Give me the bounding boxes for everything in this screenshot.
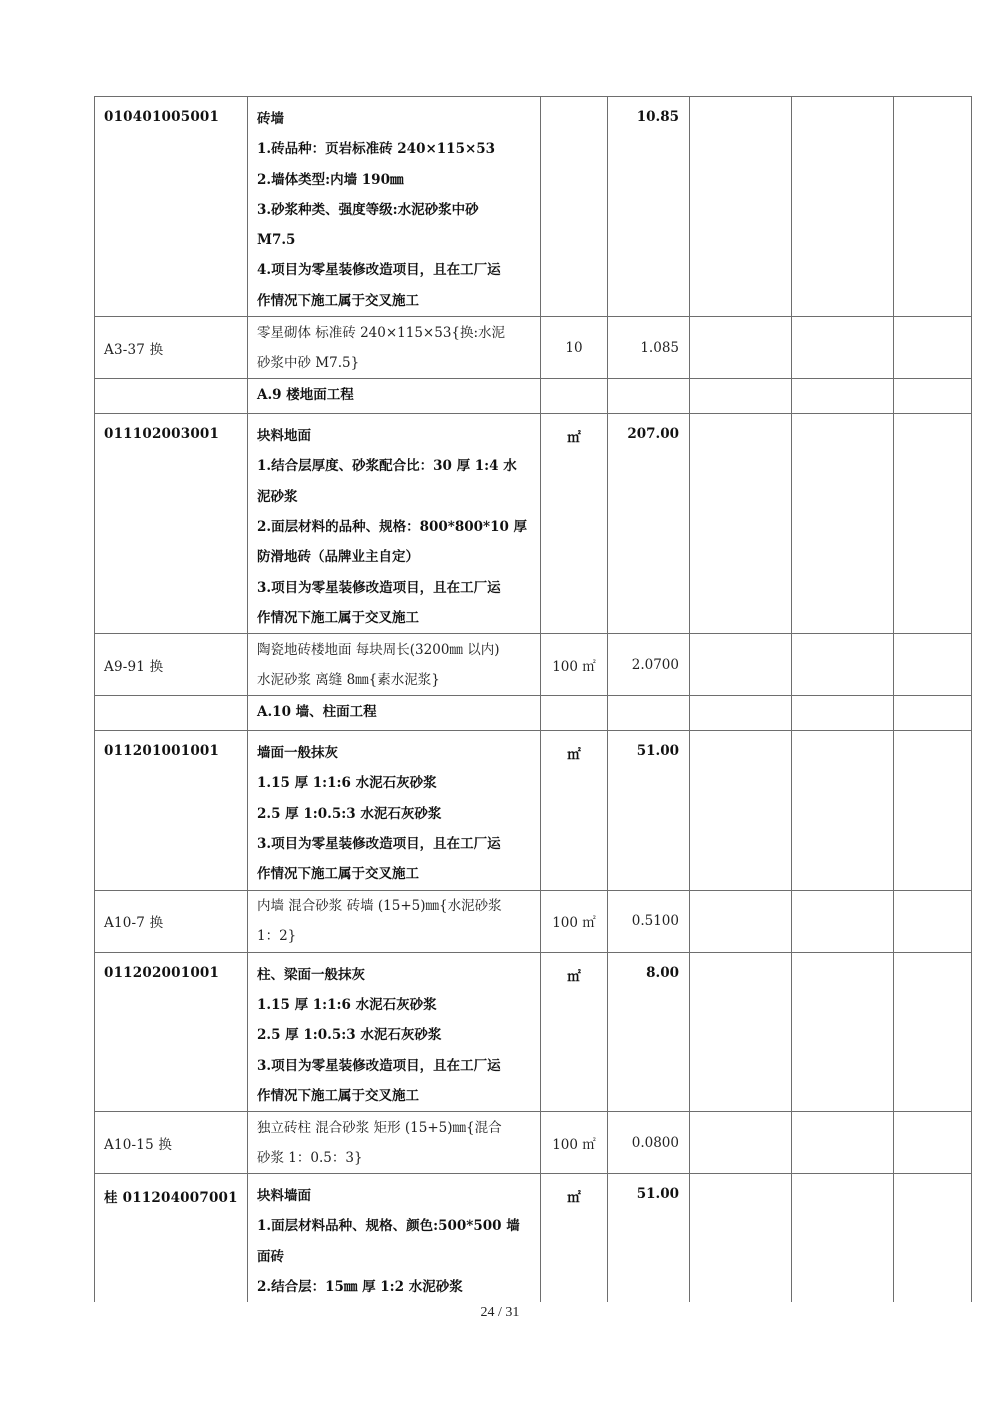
empty-cell [792,952,894,1111]
quota-unit: 100 ㎡ [541,1112,608,1174]
table-row-sub: A10-7 换 内墙 混合砂浆 砖墙 (15+5)㎜{水泥砂浆 1：2} 100… [95,890,972,952]
empty-cell [690,379,792,414]
item-description: 墙面一般抹灰 1.15 厚 1:1:6 水泥石灰砂浆 2.5 厚 1:0.5:3… [248,731,541,890]
empty-cell [690,634,792,696]
quota-code: A3-37 换 [95,317,248,379]
item-quantity: 51.00 [608,1174,690,1303]
empty-cell [95,379,248,414]
empty-cell [894,414,972,634]
table-row-item: 011202001001 柱、梁面一般抹灰 1.15 厚 1:1:6 水泥石灰砂… [95,952,972,1111]
empty-cell [690,731,792,890]
table-row-item: 011102003001 块料地面 1.结合层厚度、砂浆配合比：30 厚 1:4… [95,414,972,634]
item-unit: ㎡ [541,952,608,1111]
empty-cell [690,952,792,1111]
empty-cell [690,1174,792,1303]
empty-cell [894,1174,972,1303]
item-quantity: 10.85 [608,97,690,317]
item-code: 011201001001 [95,731,248,890]
table-row-item: 010401005001 砖墙 1.砖品种：页岩标准砖 240×115×53 2… [95,97,972,317]
empty-cell [541,379,608,414]
quota-unit: 100 ㎡ [541,890,608,952]
empty-cell [894,379,972,414]
empty-cell [95,696,248,731]
item-description: 块料墙面 1.面层材料品种、规格、颜色:500*500 墙 面砖 2.结合层：1… [248,1174,541,1303]
empty-cell [792,1174,894,1303]
empty-cell [690,317,792,379]
item-code: 011102003001 [95,414,248,634]
quota-quantity: 0.0800 [608,1112,690,1174]
empty-cell [894,731,972,890]
quota-unit: 100 ㎡ [541,634,608,696]
empty-cell [792,97,894,317]
empty-cell [894,97,972,317]
quota-code: A10-7 换 [95,890,248,952]
empty-cell [690,1112,792,1174]
table-row-section: A.9 楼地面工程 [95,379,972,414]
empty-cell [792,890,894,952]
quota-unit: 10 [541,317,608,379]
item-code: 010401005001 [95,97,248,317]
empty-cell [894,890,972,952]
table-row-item: 011201001001 墙面一般抹灰 1.15 厚 1:1:6 水泥石灰砂浆 … [95,731,972,890]
quota-code: A9-91 换 [95,634,248,696]
table-row-section: A.10 墙、柱面工程 [95,696,972,731]
empty-cell [894,1112,972,1174]
item-code: 桂 011204007001 [95,1174,248,1303]
empty-cell [894,634,972,696]
item-unit: ㎡ [541,1174,608,1303]
item-unit [541,97,608,317]
item-code: 011202001001 [95,952,248,1111]
table-row-sub: A9-91 换 陶瓷地砖楼地面 每块周长(3200㎜ 以内) 水泥砂浆 离缝 8… [95,634,972,696]
bill-of-quantities-table: 010401005001 砖墙 1.砖品种：页岩标准砖 240×115×53 2… [94,96,972,1302]
item-quantity: 51.00 [608,731,690,890]
empty-cell [792,634,894,696]
empty-cell [894,317,972,379]
empty-cell [894,696,972,731]
section-title: A.9 楼地面工程 [248,379,541,414]
quota-description: 内墙 混合砂浆 砖墙 (15+5)㎜{水泥砂浆 1：2} [248,890,541,952]
item-description: 砖墙 1.砖品种：页岩标准砖 240×115×53 2.墙体类型:内墙 190㎜… [248,97,541,317]
item-unit: ㎡ [541,414,608,634]
quota-description: 零星砌体 标准砖 240×115×53{换:水泥 砂浆中砂 M7.5} [248,317,541,379]
table-row-sub: A3-37 换 零星砌体 标准砖 240×115×53{换:水泥 砂浆中砂 M7… [95,317,972,379]
empty-cell [690,97,792,317]
empty-cell [608,379,690,414]
quota-quantity: 2.0700 [608,634,690,696]
quota-description: 陶瓷地砖楼地面 每块周长(3200㎜ 以内) 水泥砂浆 离缝 8㎜{素水泥浆} [248,634,541,696]
empty-cell [792,1112,894,1174]
empty-cell [541,696,608,731]
item-description: 柱、梁面一般抹灰 1.15 厚 1:1:6 水泥石灰砂浆 2.5 厚 1:0.5… [248,952,541,1111]
section-title: A.10 墙、柱面工程 [248,696,541,731]
empty-cell [690,696,792,731]
quota-code: A10-15 换 [95,1112,248,1174]
empty-cell [608,696,690,731]
quota-description: 独立砖柱 混合砂浆 矩形 (15+5)㎜{混合 砂浆 1：0.5：3} [248,1112,541,1174]
empty-cell [894,952,972,1111]
item-description: 块料地面 1.结合层厚度、砂浆配合比：30 厚 1:4 水 泥砂浆 2.面层材料… [248,414,541,634]
item-quantity: 8.00 [608,952,690,1111]
empty-cell [792,379,894,414]
page-number: 24 / 31 [0,1305,1000,1321]
quota-quantity: 1.085 [608,317,690,379]
item-quantity: 207.00 [608,414,690,634]
empty-cell [792,731,894,890]
empty-cell [792,696,894,731]
quota-quantity: 0.5100 [608,890,690,952]
empty-cell [690,890,792,952]
table-row-sub: A10-15 换 独立砖柱 混合砂浆 矩形 (15+5)㎜{混合 砂浆 1：0.… [95,1112,972,1174]
empty-cell [792,414,894,634]
empty-cell [792,317,894,379]
item-unit: ㎡ [541,731,608,890]
table-row-item: 桂 011204007001 块料墙面 1.面层材料品种、规格、颜色:500*5… [95,1174,972,1303]
empty-cell [690,414,792,634]
